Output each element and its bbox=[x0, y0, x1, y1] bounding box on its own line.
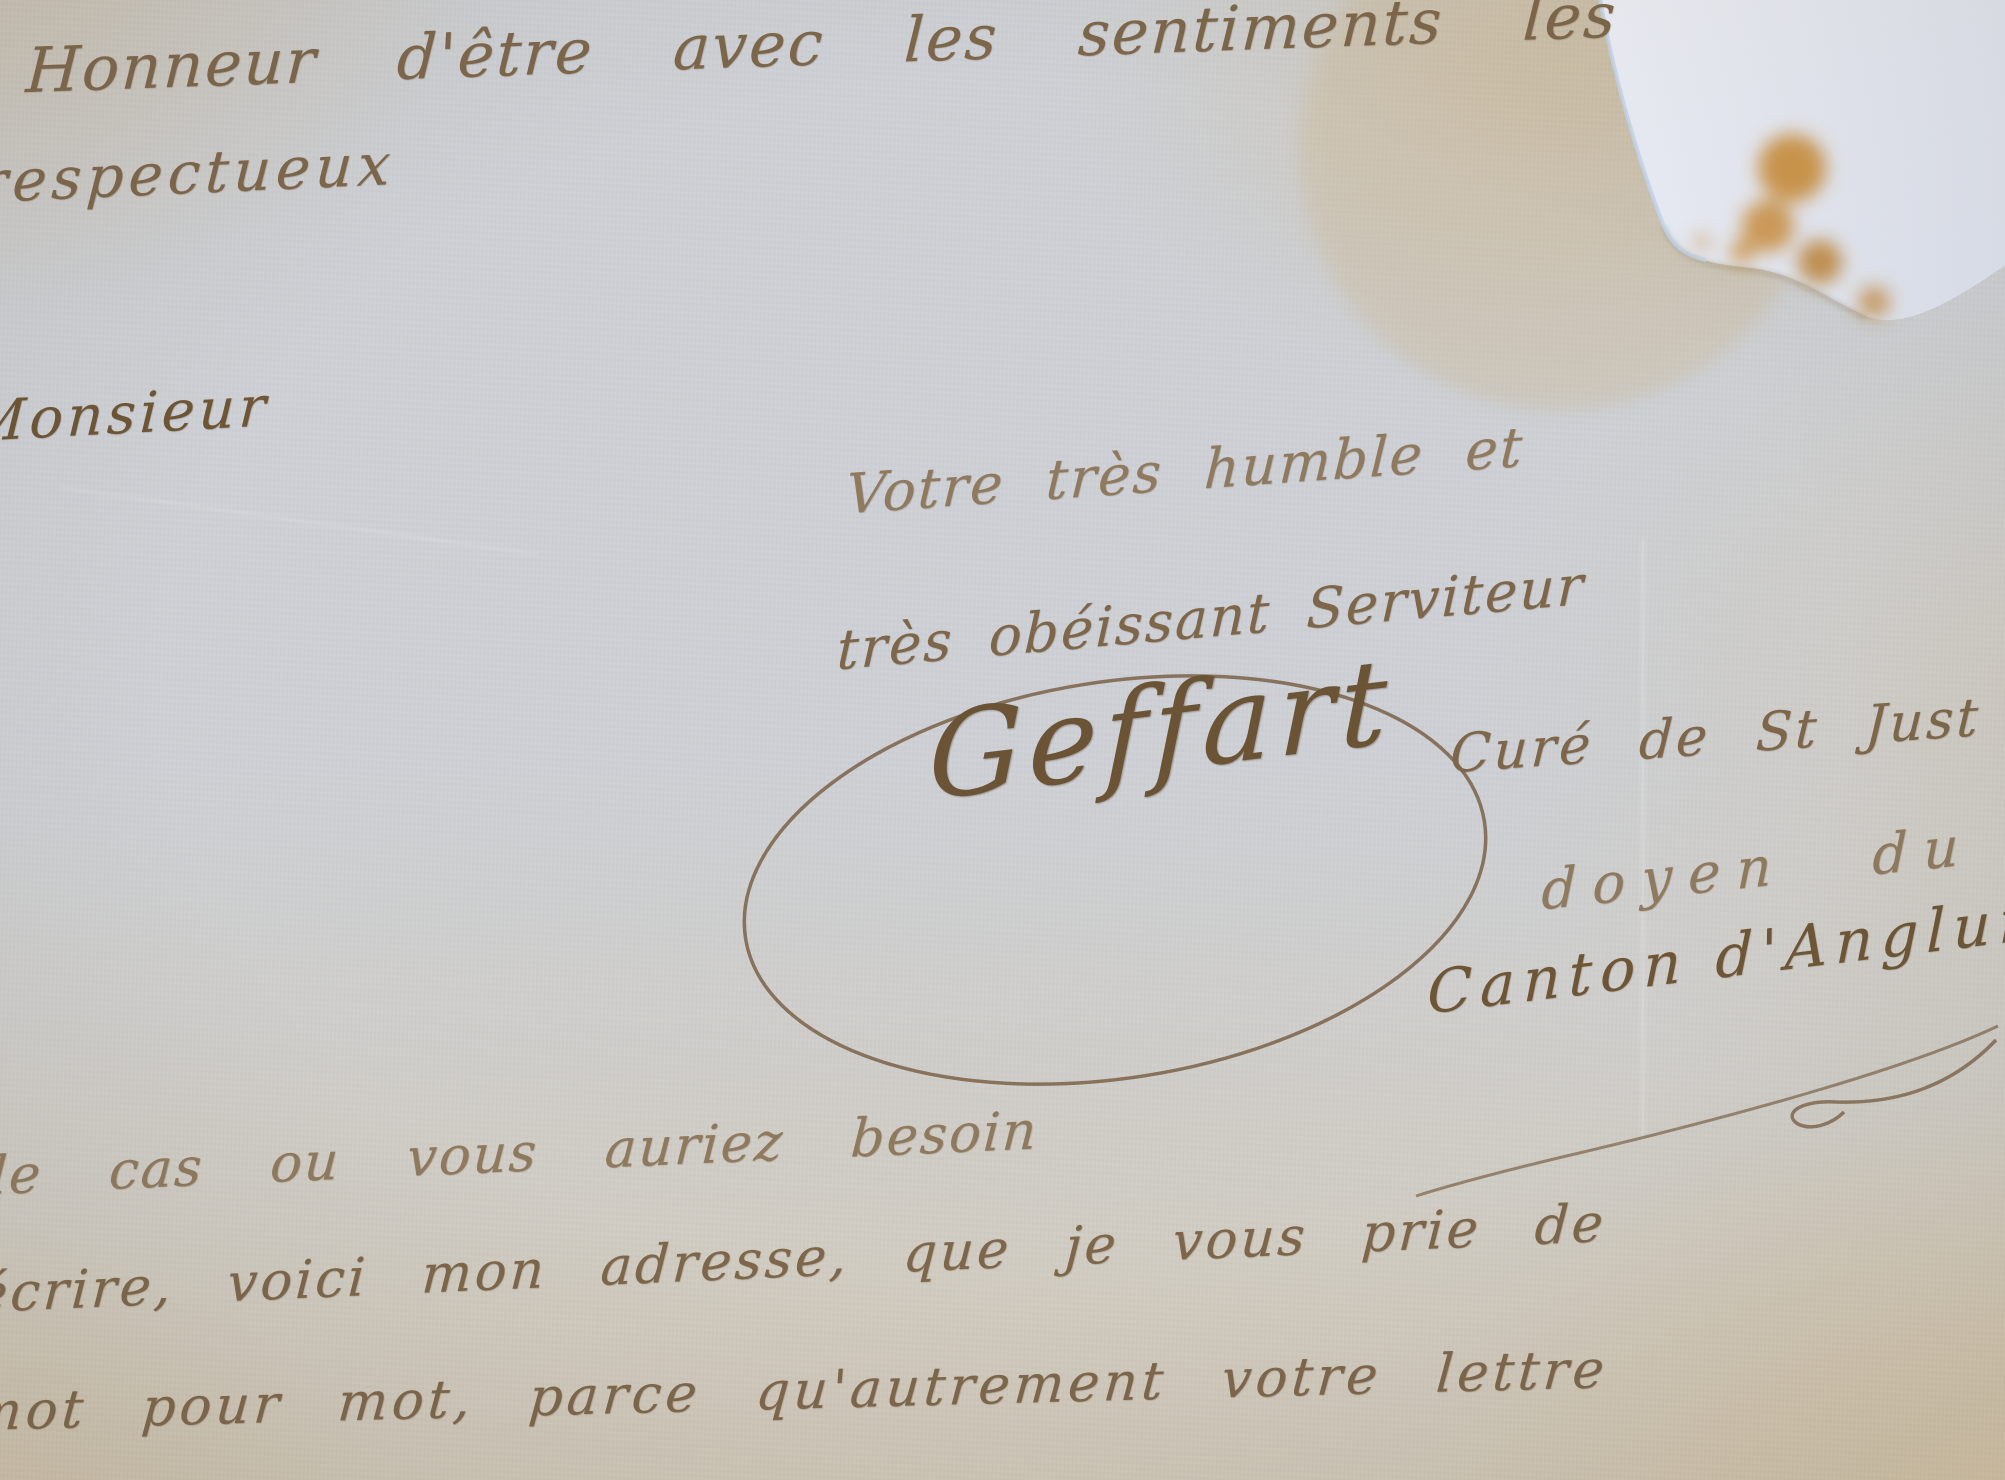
paper-crease-vertical bbox=[1642, 540, 1644, 1140]
postscript-line-3: mot pour mot, parce qu'autrement votre l… bbox=[0, 1339, 1610, 1443]
letter-photograph: Honneur d'être avec les sentiments les r… bbox=[0, 0, 2005, 1480]
line-monsieur: Monsieur bbox=[0, 374, 271, 455]
postscript-line-2: écrire, voici mon adresse, que je vous p… bbox=[0, 1193, 1608, 1325]
tear-orange-stain bbox=[1695, 134, 1890, 318]
closing-line-1: Votre très humble et bbox=[845, 415, 1526, 527]
signature-hook-flourish bbox=[1792, 1040, 1996, 1127]
tear-warm-halo bbox=[1300, 0, 1820, 410]
paper-crease-diagonal bbox=[62, 487, 538, 556]
line-honneur: Honneur d'être avec les sentiments les bbox=[24, 0, 1619, 107]
signature-title: Curé de St Just bbox=[1449, 687, 1983, 785]
postscript-line-1: le cas ou vous auriez besoin bbox=[0, 1100, 1040, 1207]
line-respectueux: respectueux bbox=[0, 130, 397, 216]
signature-underline-sweep bbox=[1416, 1026, 1998, 1196]
tear-hole-backing bbox=[1600, 0, 2005, 320]
tear-edge-shadow bbox=[1663, 226, 1866, 318]
